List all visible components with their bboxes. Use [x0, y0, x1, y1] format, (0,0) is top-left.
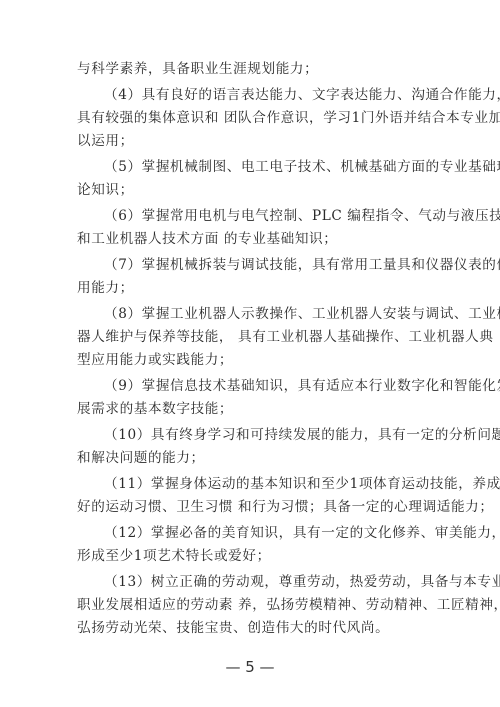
paragraph-item-11: （11）掌握身体运动的基本知识和至少1项体育运动技能，养成良 好的运动习惯、卫生…: [77, 473, 425, 519]
paragraph-item-10: （10）具有终身学习和可持续发展的能力，具有一定的分析问题 和解决问题的能力；: [77, 424, 425, 470]
text-line: 具有较强的集体意识和 团队合作意识，学习1门外语并结合本专业加: [77, 107, 425, 130]
text-line: 和工业机器人技术方面 的专业基础知识；: [77, 228, 425, 251]
paragraph-item-6: （6）掌握常用电机与电气控制、PLC 编程指令、气动与液压技术 和工业机器人技术…: [77, 205, 425, 251]
text-line: 职业发展相适应的劳动素 养，弘扬劳模精神、劳动精神、工匠精神，: [77, 594, 425, 617]
text-line: 展需求的基本数字技能；: [77, 398, 425, 421]
paragraph-item-12: （12）掌握必备的美育知识，具有一定的文化修养、审美能力， 形成至少1项艺术特长…: [77, 522, 425, 568]
page-number: — 5 —: [0, 658, 500, 676]
text-line: 与科学素养，具备职业生涯规划能力；: [77, 58, 425, 81]
text-line: （11）掌握身体运动的基本知识和至少1项体育运动技能，养成良: [77, 473, 425, 496]
text-line: 型应用能力或实践能力；: [77, 349, 425, 372]
text-line: （12）掌握必备的美育知识，具有一定的文化修养、审美能力，: [77, 522, 425, 545]
paragraph-item-7: （7）掌握机械拆装与调试技能，具有常用工量具和仪器仪表的使 用能力；: [77, 254, 425, 300]
paragraph-item-13: （13）树立正确的劳动观，尊重劳动，热爱劳动，具备与本专业 职业发展相适应的劳动…: [77, 571, 425, 640]
text-line: （7）掌握机械拆装与调试技能，具有常用工量具和仪器仪表的使: [77, 254, 425, 277]
paragraph-item-9: （9）掌握信息技术基础知识，具有适应本行业数字化和智能化发 展需求的基本数字技能…: [77, 375, 425, 421]
text-line: （4）具有良好的语言表达能力、文字表达能力、沟通合作能力，: [77, 84, 425, 107]
text-line: 形成至少1项艺术特长或爱好；: [77, 545, 425, 568]
text-line: （8）掌握工业机器人示教操作、工业机器人安装与调试、工业机: [77, 303, 425, 326]
text-line: 弘扬劳动光荣、技能宝贵、创造伟大的时代风尚。: [77, 617, 425, 640]
text-line: 以运用；: [77, 130, 425, 153]
paragraph-item-8: （8）掌握工业机器人示教操作、工业机器人安装与调试、工业机 器人维护与保养等技能…: [77, 303, 425, 372]
text-line: （9）掌握信息技术基础知识，具有适应本行业数字化和智能化发: [77, 375, 425, 398]
text-line: （5）掌握机械制图、电工电子技术、机械基础方面的专业基础理: [77, 156, 425, 179]
text-line: （6）掌握常用电机与电气控制、PLC 编程指令、气动与液压技术: [77, 205, 425, 228]
text-line: （13）树立正确的劳动观，尊重劳动，热爱劳动，具备与本专业: [77, 571, 425, 594]
paragraph-item-4: （4）具有良好的语言表达能力、文字表达能力、沟通合作能力， 具有较强的集体意识和…: [77, 84, 425, 153]
document-body: 与科学素养，具备职业生涯规划能力； （4）具有良好的语言表达能力、文字表达能力、…: [77, 58, 425, 643]
text-line: 好的运动习惯、卫生习惯 和行为习惯；具备一定的心理调适能力；: [77, 496, 425, 519]
text-line: （10）具有终身学习和可持续发展的能力，具有一定的分析问题: [77, 424, 425, 447]
text-line: 论知识；: [77, 179, 425, 202]
text-line: 和解决问题的能力；: [77, 447, 425, 470]
text-line: 用能力；: [77, 277, 425, 300]
paragraph-item-5: （5）掌握机械制图、电工电子技术、机械基础方面的专业基础理 论知识；: [77, 156, 425, 202]
text-line: 器人维护与保养等技能， 具有工业机器人基础操作、工业机器人典: [77, 326, 425, 349]
paragraph-continuation: 与科学素养，具备职业生涯规划能力；: [77, 58, 425, 81]
